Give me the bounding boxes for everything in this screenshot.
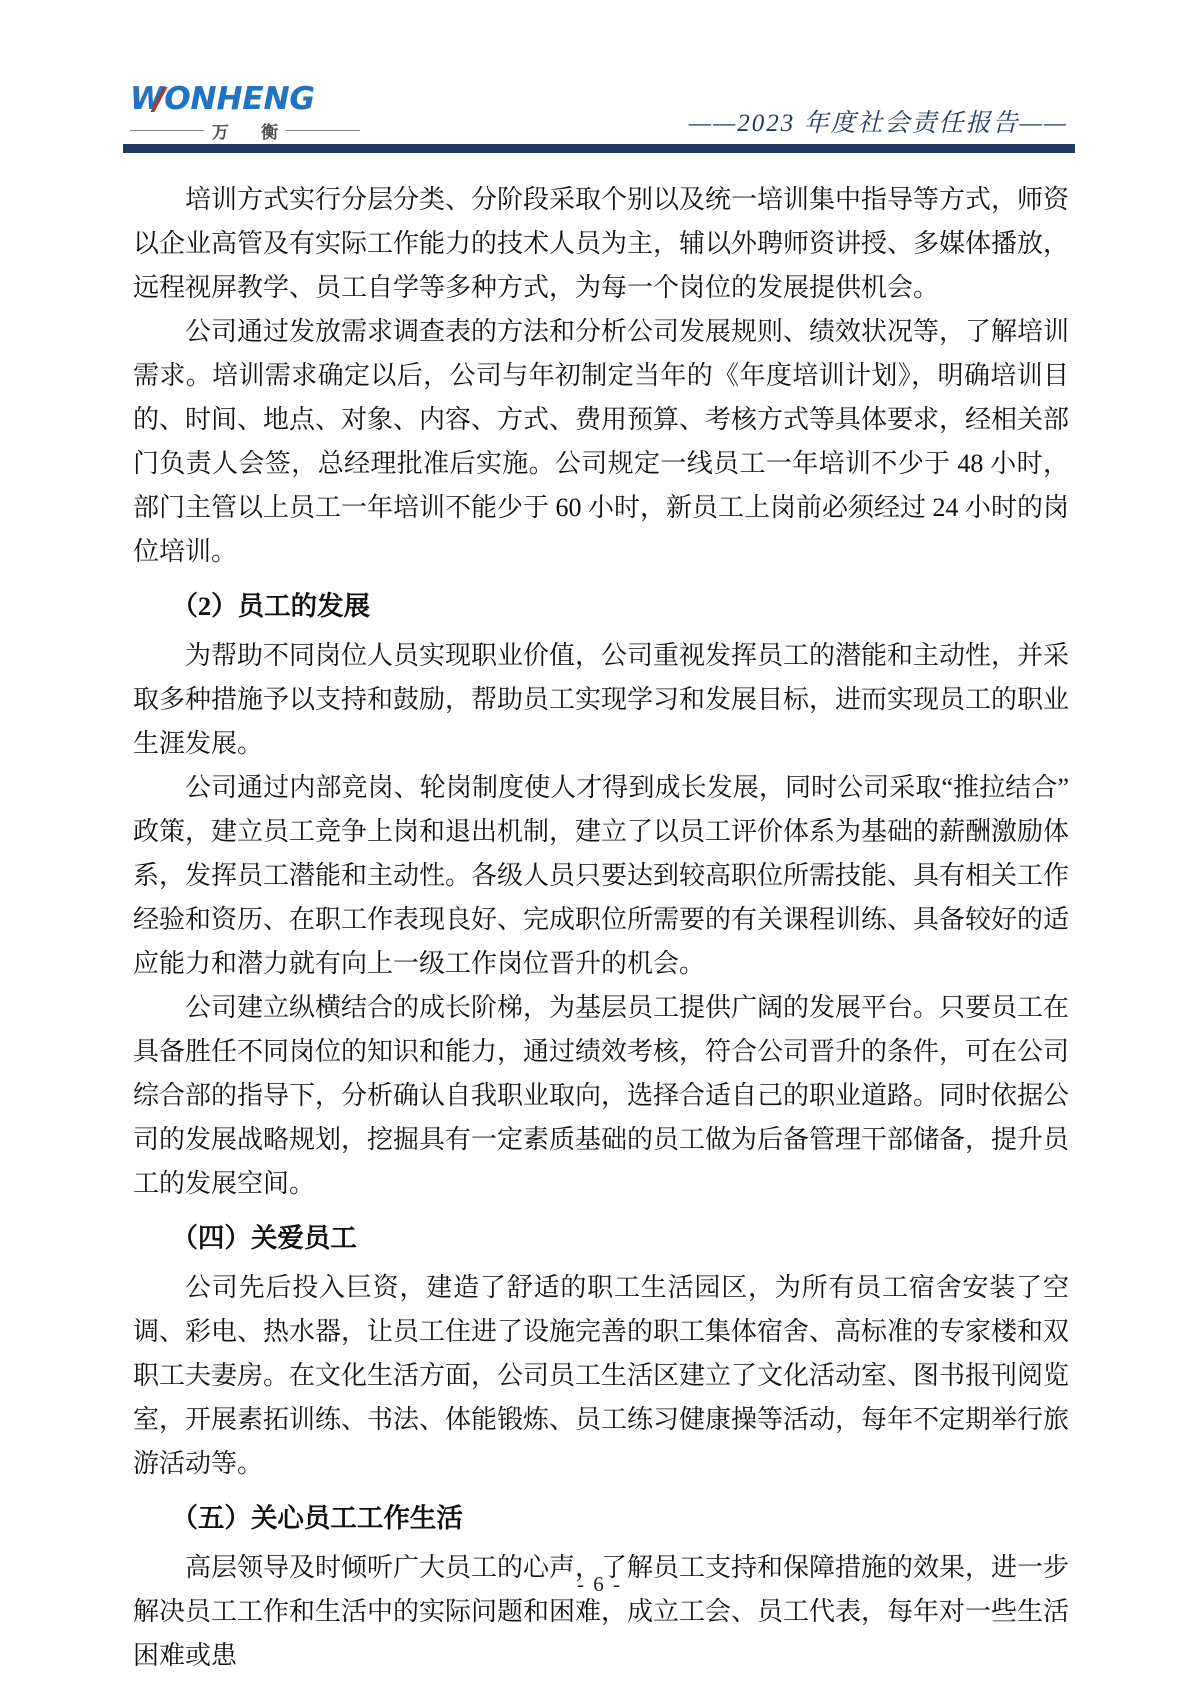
body-paragraph: 公司通过发放需求调查表的方法和分析公司发展规则、绩效状况等，了解培训需求。培训需… — [133, 310, 1069, 574]
body-paragraph: 培训方式实行分层分类、分阶段采取个别以及统一培训集中指导等方式，师资以企业高管及… — [133, 178, 1069, 310]
report-title: ——2023 年度社会责任报告—— — [689, 103, 1068, 139]
section-heading: （五）关心员工工作生活 — [133, 1496, 1069, 1540]
document-page: WONHENG 万 衡 ——2023 年度社会责任报告—— 培训方式实行分层分类… — [0, 0, 1199, 1708]
logo-rule-left — [130, 130, 204, 131]
company-logo: WONHENG 万 衡 — [130, 84, 360, 143]
body-paragraph: 为帮助不同岗位人员实现职业价值，公司重视发挥员工的潜能和主动性，并采取多种措施予… — [133, 634, 1069, 766]
logo-rule-right — [286, 130, 360, 131]
page-number: - 6 - — [0, 1572, 1199, 1597]
header-divider-bar — [123, 144, 1075, 153]
section-heading: （2）员工的发展 — [133, 584, 1069, 628]
logo-wordmark: WONHENG — [130, 84, 360, 115]
document-body: 培训方式实行分层分类、分阶段采取个别以及统一培训集中指导等方式，师资以企业高管及… — [133, 178, 1069, 1678]
section-heading: （四）关爱员工 — [133, 1216, 1069, 1260]
body-paragraph: 公司建立纵横结合的成长阶梯，为基层员工提供广阔的发展平台。只要员工在具备胜任不同… — [133, 986, 1069, 1206]
logo-chinese-name: 万 衡 — [130, 118, 360, 143]
body-paragraph: 公司先后投入巨资，建造了舒适的职工生活园区，为所有员工宿舍安装了空调、彩电、热水… — [133, 1266, 1069, 1486]
body-paragraph: 公司通过内部竞岗、轮岗制度使人才得到成长发展，同时公司采取“推拉结合”政策，建立… — [133, 766, 1069, 986]
logo-brand-cn-text: 万 衡 — [212, 118, 292, 143]
body-paragraph: 高层领导及时倾听广大员工的心声，了解员工支持和保障措施的效果，进一步解决员工工作… — [133, 1546, 1069, 1678]
